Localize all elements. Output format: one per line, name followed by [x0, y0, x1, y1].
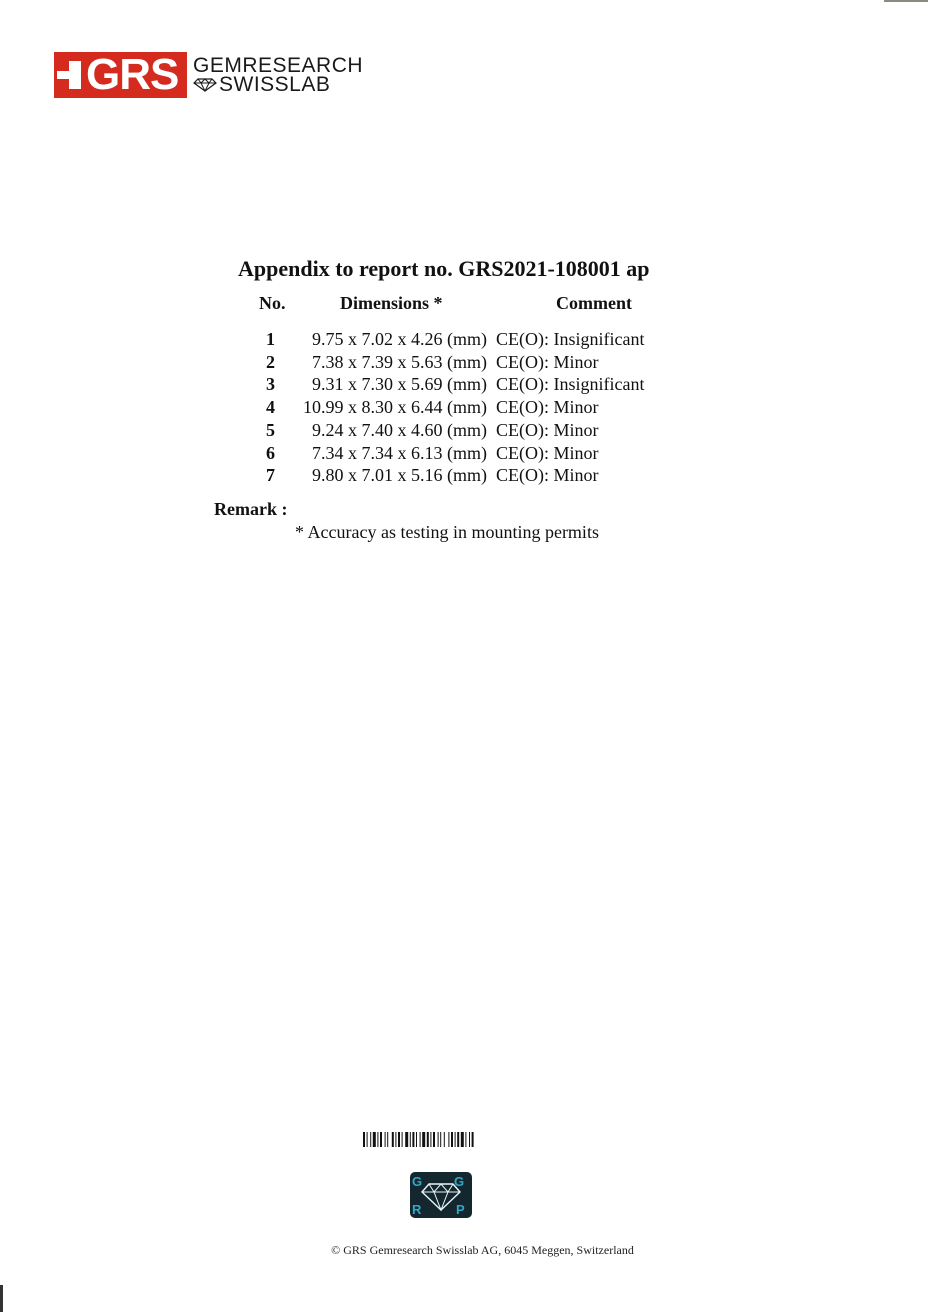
swiss-cross-icon [57, 61, 81, 89]
remark-text: * Accuracy as testing in mounting permit… [295, 522, 599, 543]
svg-text:P: P [456, 1202, 465, 1217]
row-dimensions: 7.34 x 7.34 x 6.13 (mm) [290, 443, 487, 464]
row-comment: CE(O): Minor [496, 352, 599, 373]
row-dimensions: 10.99 x 8.30 x 6.44 (mm) [290, 397, 487, 418]
scan-edge-left [0, 1285, 3, 1312]
row-number: 7 [266, 465, 275, 486]
diamond-hologram-icon: G G R P [410, 1172, 472, 1218]
logo-line2-wrap: SWISSLAB [193, 75, 363, 94]
row-comment: CE(O): Minor [496, 420, 599, 441]
footer-text: © GRS Gemresearch Swisslab AG, 6045 Megg… [331, 1243, 634, 1257]
row-number: 5 [266, 420, 275, 441]
barcode-icon [363, 1132, 512, 1147]
header-no: No. [259, 293, 286, 314]
header-dimensions: Dimensions * [340, 293, 443, 314]
row-comment: CE(O): Insignificant [496, 374, 644, 395]
scan-edge-top [884, 0, 928, 2]
row-comment: CE(O): Minor [496, 465, 599, 486]
row-comment: CE(O): Minor [496, 443, 599, 464]
row-dimensions: 9.24 x 7.40 x 4.60 (mm) [290, 420, 487, 441]
grs-logo: GRS GEMRESEARCH SWISSLAB [54, 52, 363, 98]
row-comment: CE(O): Insignificant [496, 329, 644, 350]
footer-copyright: © GRS Gemresearch Swisslab AG, 6045 Megg… [0, 1243, 928, 1258]
svg-text:R: R [412, 1202, 422, 1217]
logo-line2: SWISSLAB [219, 75, 330, 94]
row-number: 6 [266, 443, 275, 464]
row-number: 2 [266, 352, 275, 373]
logo-brand: GRS [86, 52, 178, 98]
svg-text:G: G [412, 1174, 422, 1189]
header-comment: Comment [556, 293, 632, 314]
row-number: 1 [266, 329, 275, 350]
row-number: 3 [266, 374, 275, 395]
row-number: 4 [266, 397, 275, 418]
row-dimensions: 7.38 x 7.39 x 5.63 (mm) [290, 352, 487, 373]
logo-red-box: GRS [54, 52, 187, 98]
row-dimensions: 9.75 x 7.02 x 4.26 (mm) [290, 329, 487, 350]
logo-wordmark: GEMRESEARCH SWISSLAB [193, 56, 363, 94]
diamond-icon [193, 78, 217, 92]
remark-label: Remark : [214, 499, 287, 520]
page-title: Appendix to report no. GRS2021-108001 ap [238, 256, 650, 282]
row-dimensions: 9.31 x 7.30 x 5.69 (mm) [290, 374, 487, 395]
row-dimensions: 9.80 x 7.01 x 5.16 (mm) [290, 465, 487, 486]
row-comment: CE(O): Minor [496, 397, 599, 418]
